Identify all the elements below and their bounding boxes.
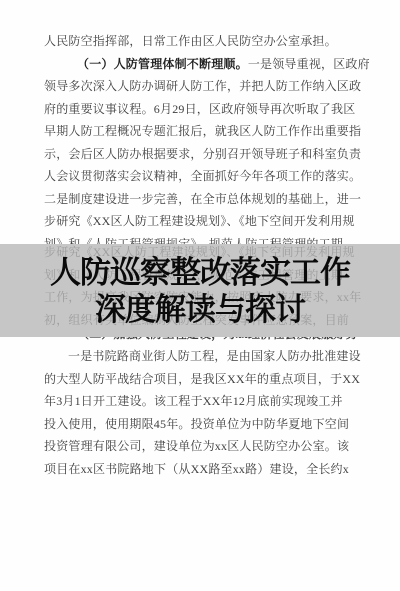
doc-text-line: 的大型人防平战结合项目，是我区XX年的重点项目，于XX bbox=[44, 368, 358, 391]
doc-text-line: 投资管理有限公司，建设单位为xx区人民防空办公室。该 bbox=[44, 435, 358, 458]
doc-text-line: 府的重要议事议程。6月29日，区政府领导再次听取了我区 bbox=[44, 98, 358, 121]
section-heading-1: （一）人防管理体制不断理顺。一是领导重视，区政府 bbox=[44, 53, 358, 76]
doc-text-line: 人会议贯彻落实会议精神，全面抓好今年各项工作的落实。 bbox=[44, 165, 358, 188]
section-heading-1-rest: 一是领导重视，区政府 bbox=[248, 57, 370, 71]
doc-text-line: 投入使用，使用期限45年。投资单位为中防华夏地下空间 bbox=[44, 413, 358, 436]
doc-text-line: 项目在xx区书院路地下（从XX路至xx路）建设，全长约x bbox=[44, 458, 358, 481]
banner-title-line-2: 深度解读与探讨 bbox=[95, 292, 305, 329]
title-banner-overlay: 步研究《XX区人防工程建设规划》、《地下空间开发利用规 划》和《人防工程管理规定… bbox=[0, 244, 400, 337]
doc-text-line: 人民防空指挥部，日常工作由区人民防空办公室承担。 bbox=[44, 30, 358, 53]
doc-text-line: 年3月1日开工建设。该工程于XX年12月底前实现竣工并 bbox=[44, 390, 358, 413]
doc-text-line: 领导多次深入人防办调研人防工作，并把人防工作纳入区政 bbox=[44, 75, 358, 98]
doc-text-line: 示，会后区人防办根据要求，分别召开领导班子和科室负责 bbox=[44, 143, 358, 166]
doc-text-line: 一是书院路商业街人防工程，是由国家人防办批准建设 bbox=[44, 345, 358, 368]
doc-text-line-obscured: 步研究《XX区人防工程建设规划》、《地下空间开发利用规 bbox=[44, 210, 358, 233]
banner-title-line-1: 人防巡察整改落实工作 bbox=[50, 255, 350, 292]
document-page: 人民防空指挥部，日常工作由区人民防空办公室承担。 （一）人防管理体制不断理顺。一… bbox=[0, 0, 400, 591]
banner-title: 人防巡察整改落实工作 深度解读与探讨 bbox=[0, 244, 400, 337]
section-heading-1-title: （一）人防管理体制不断理顺。 bbox=[77, 57, 248, 71]
document-text-block: 人民防空指挥部，日常工作由区人民防空办公室承担。 （一）人防管理体制不断理顺。一… bbox=[0, 0, 400, 480]
doc-text-line: 早期人防工程概况专题汇报后，就我区人防工作作出重要指 bbox=[44, 120, 358, 143]
doc-text-line: 二是制度建设进一步完善，在全市总体规划的基础上，进一 bbox=[44, 188, 358, 211]
